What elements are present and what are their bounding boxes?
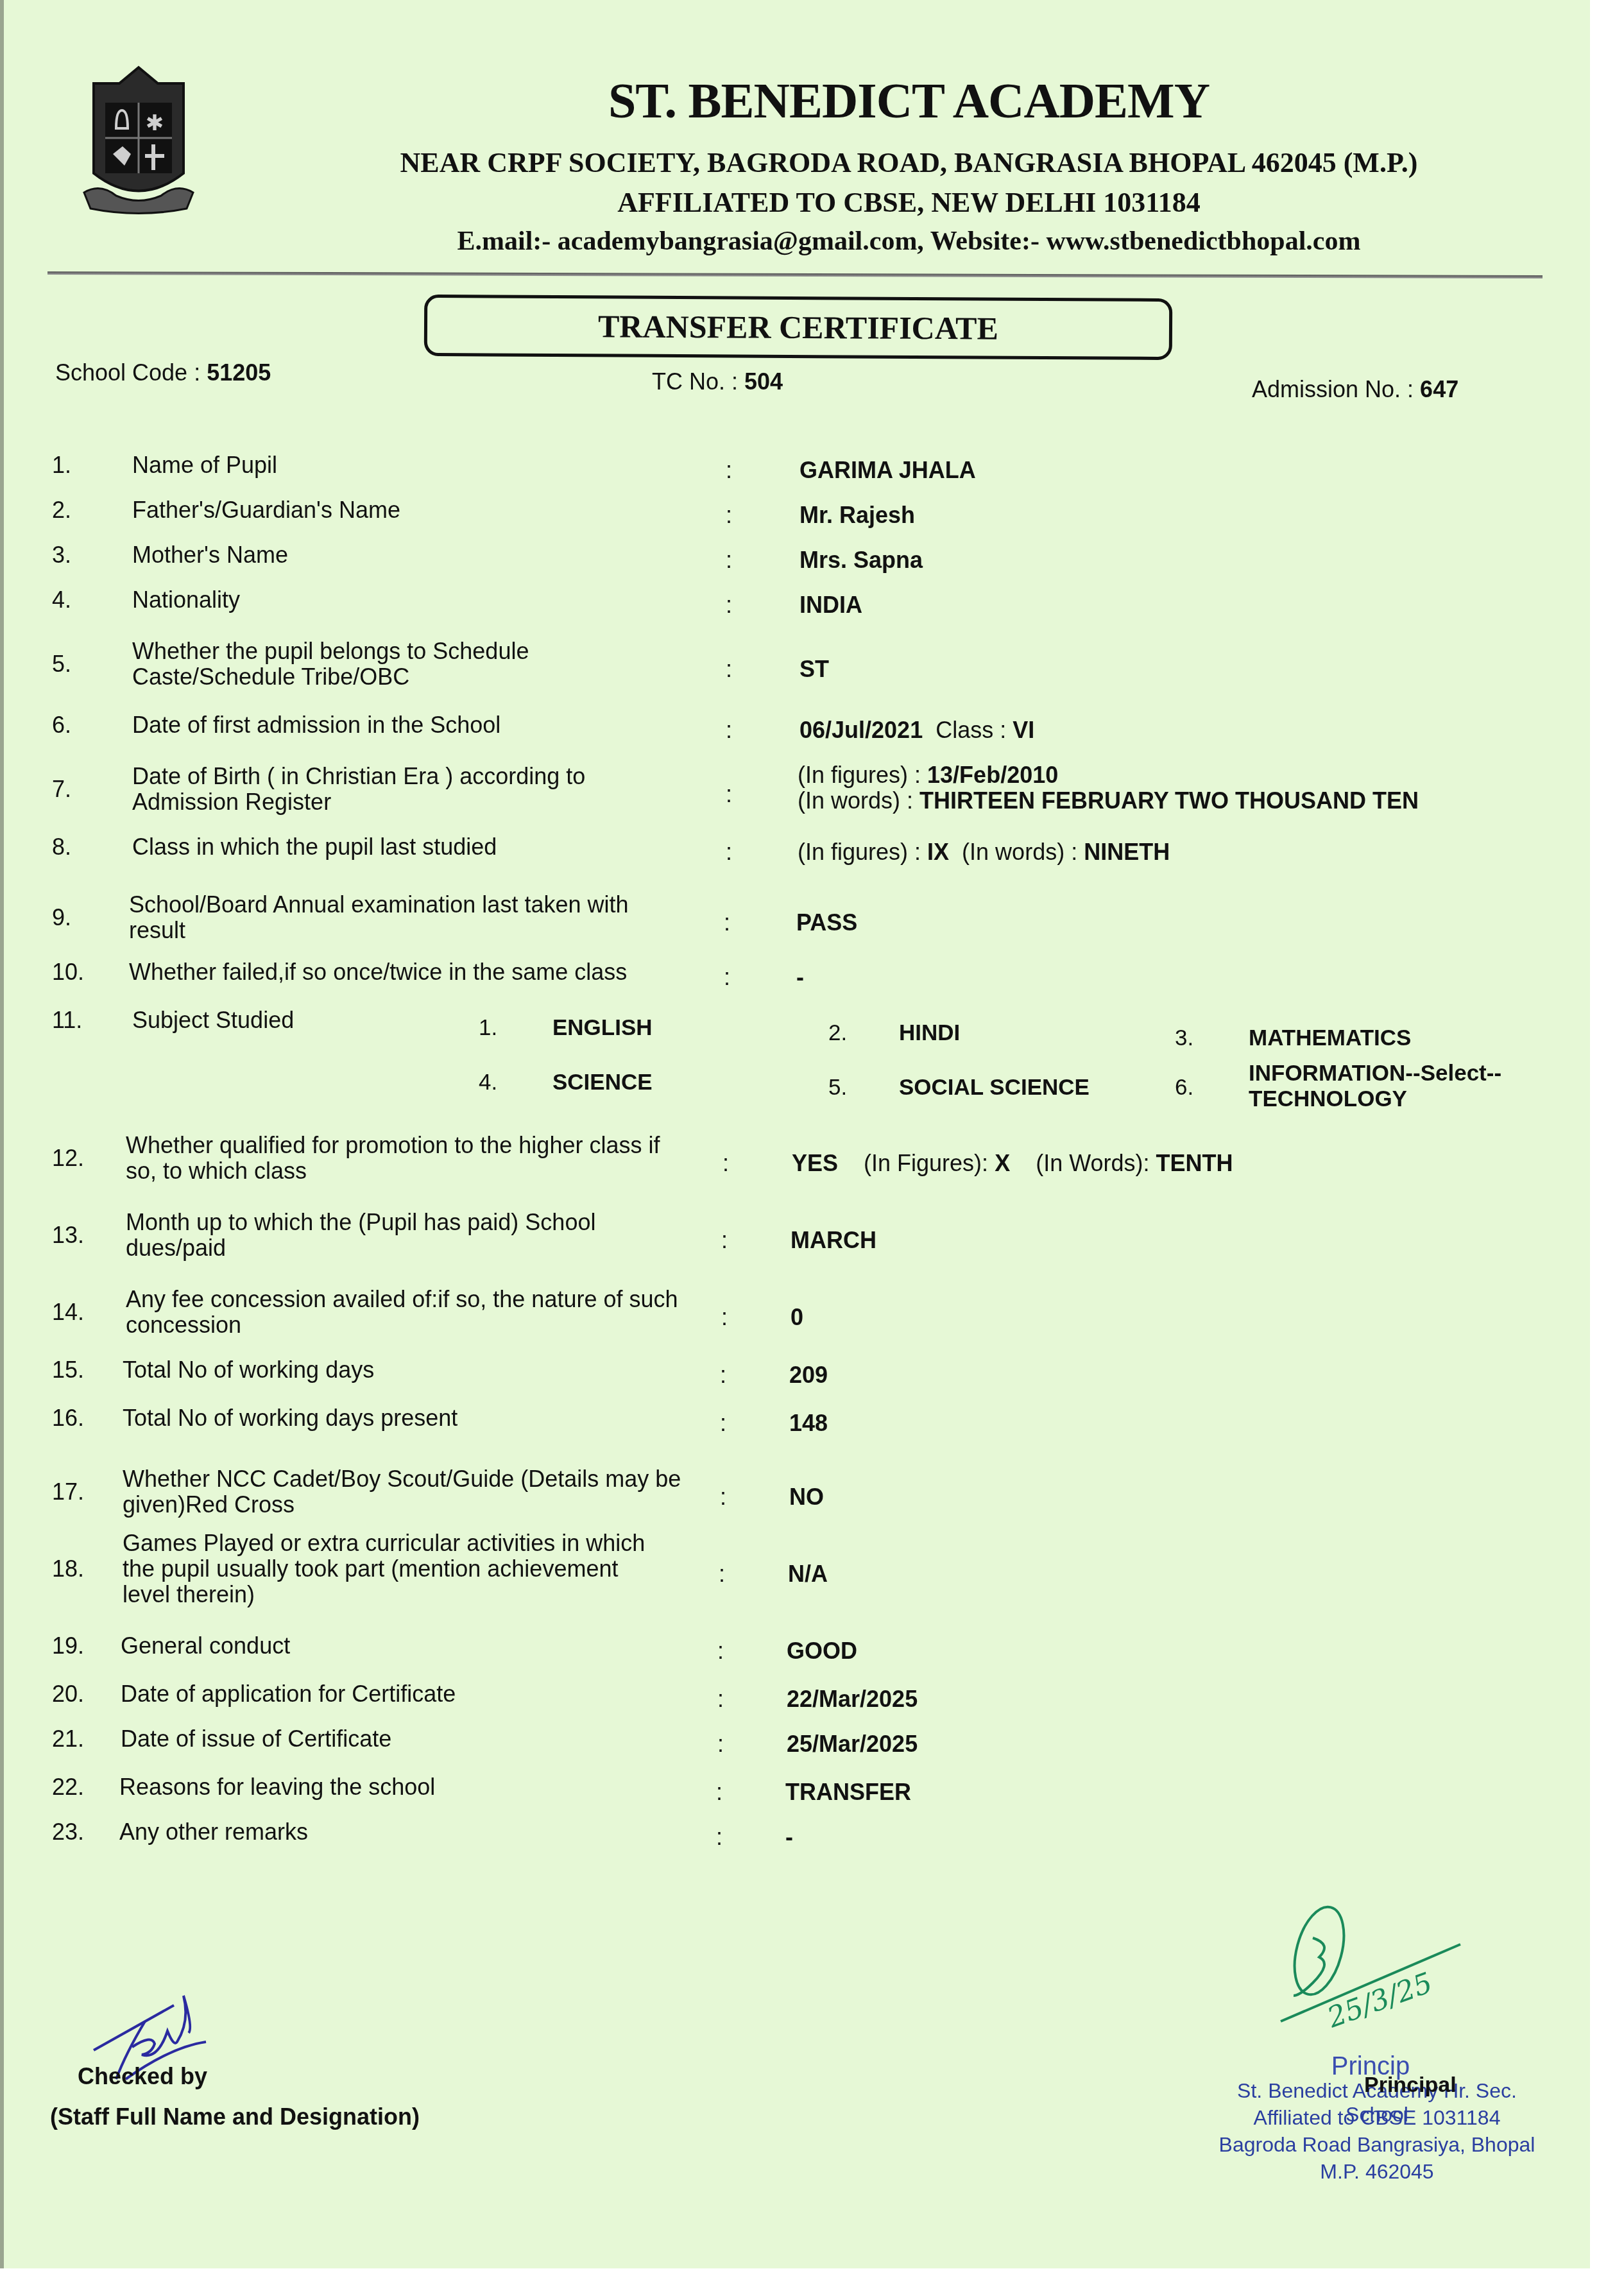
website-link[interactable]: www.stbenedictbhopal.com <box>1046 227 1360 256</box>
field-colon: : <box>726 502 732 528</box>
field-number: 9. <box>52 905 71 930</box>
field-colon: : <box>720 1362 726 1388</box>
svg-text:25/3/25: 25/3/25 <box>1322 1966 1437 2034</box>
field-label: Father's/Guardian's Name <box>132 497 400 523</box>
field-colon: : <box>726 782 732 807</box>
field-colon: : <box>722 1151 729 1176</box>
field-number: 15. <box>52 1357 84 1383</box>
field-number: 23. <box>52 1819 84 1845</box>
field-label: Whether qualified for promotion to the h… <box>126 1133 660 1184</box>
certificate-paper: ✱ ST. BENEDICT ACADEMY NEAR CRPF SOCIETY… <box>0 0 1590 2268</box>
field-label: Whether NCC Cadet/Boy Scout/Guide (Detai… <box>123 1466 681 1518</box>
field-label: Any other remarks <box>119 1819 308 1845</box>
field-value: PASS <box>796 910 857 936</box>
subject-name: ENGLISH <box>552 1015 653 1041</box>
email-link[interactable]: academybangrasia@gmail.com, <box>558 227 924 256</box>
field-number: 3. <box>52 542 71 568</box>
field-value: Mrs. Sapna <box>799 547 923 573</box>
field-value: 06/Jul/2021 Class : VI <box>799 717 1034 743</box>
field-colon: : <box>726 839 732 865</box>
field-value: N/A <box>788 1561 828 1587</box>
field-colon: : <box>726 592 732 618</box>
field-number: 19. <box>52 1633 84 1659</box>
field-colon: : <box>721 1228 728 1253</box>
field-label: Reasons for leaving the school <box>119 1774 435 1800</box>
field-label: Total No of working days present <box>123 1405 457 1431</box>
field-label: School/Board Annual examination last tak… <box>129 892 628 943</box>
field-label: Date of issue of Certificate <box>121 1726 391 1752</box>
field-label: General conduct <box>121 1633 290 1659</box>
header-divider <box>47 271 1543 278</box>
field-value: (In figures) : 13/Feb/2010(In words) : T… <box>798 762 1419 814</box>
field-colon: : <box>717 1686 724 1712</box>
staff-designation-note: (Staff Full Name and Designation) <box>50 2103 420 2130</box>
website-label: Website:- <box>930 227 1039 256</box>
field-label: Whether failed,if so once/twice in the s… <box>129 959 627 985</box>
subject-number: 5. <box>828 1075 847 1101</box>
school-address: NEAR CRPF SOCIETY, BAGRODA ROAD, BANGRAS… <box>4 146 1624 179</box>
school-affiliation: AFFILIATED TO CBSE, NEW DELHI 1031184 <box>4 186 1624 219</box>
field-number: 17. <box>52 1479 84 1505</box>
subject-name: SOCIAL SCIENCE <box>899 1075 1090 1101</box>
field-number: 8. <box>52 834 71 860</box>
field-label: Class in which the pupil last studied <box>132 834 497 860</box>
field-number: 5. <box>52 651 71 677</box>
field-colon: : <box>726 458 732 483</box>
field-colon: : <box>726 717 732 743</box>
field-value: 209 <box>789 1362 828 1388</box>
subject-name: SCIENCE <box>552 1070 653 1095</box>
field-label: Subject Studied <box>132 1007 294 1033</box>
subject-number: 1. <box>479 1015 497 1041</box>
field-value: - <box>785 1824 793 1850</box>
field-value: Mr. Rajesh <box>799 502 915 528</box>
subject-number: 6. <box>1175 1075 1193 1101</box>
field-number: 1. <box>52 452 71 478</box>
field-value: NO <box>789 1484 824 1510</box>
subject-number: 2. <box>828 1020 847 1046</box>
field-number: 22. <box>52 1774 84 1800</box>
field-label: Name of Pupil <box>132 452 277 478</box>
field-value: INDIA <box>799 592 862 618</box>
field-label: Month up to which the (Pupil has paid) S… <box>126 1210 595 1261</box>
field-label: Nationality <box>132 587 240 613</box>
field-colon: : <box>717 1638 724 1664</box>
field-value: 22/Mar/2025 <box>787 1686 918 1712</box>
stamp-line-3: Affiliated to CBSE 1031184 <box>1210 2106 1544 2130</box>
field-value: (In figures) : IX (In words) : NINETH <box>798 839 1170 865</box>
field-number: 6. <box>52 712 71 738</box>
field-number: 13. <box>52 1222 84 1248</box>
field-colon: : <box>716 1779 722 1805</box>
field-label: Mother's Name <box>132 542 288 568</box>
school-name: ST. BENEDICT ACADEMY <box>4 72 1624 130</box>
field-colon: : <box>724 910 730 936</box>
field-value: MARCH <box>791 1228 876 1253</box>
field-label: Date of application for Certificate <box>121 1681 456 1707</box>
school-code: School Code : 51205 <box>55 359 271 386</box>
principal-signature-icon: 25/3/25 <box>1268 1899 1480 2047</box>
field-number: 21. <box>52 1726 84 1752</box>
field-colon: : <box>726 547 732 573</box>
school-contact: E.mail:- academybangrasia@gmail.com, Web… <box>4 226 1624 257</box>
tc-number: TC No. : 504 <box>652 368 783 395</box>
field-colon: : <box>719 1561 725 1587</box>
checked-by-label: Checked by <box>78 2063 207 2090</box>
field-label: Date of Birth ( in Christian Era ) accor… <box>132 764 585 815</box>
field-value: GARIMA JHALA <box>799 458 976 483</box>
field-label: Games Played or extra curricular activit… <box>123 1530 645 1607</box>
field-number: 18. <box>52 1556 84 1582</box>
field-number: 10. <box>52 959 84 985</box>
field-colon: : <box>721 1305 728 1330</box>
field-value: GOOD <box>787 1638 857 1664</box>
field-value: 148 <box>789 1410 828 1436</box>
field-colon: : <box>717 1731 724 1757</box>
field-label: Date of first admission in the School <box>132 712 500 738</box>
subject-number: 3. <box>1175 1025 1193 1051</box>
stamp-line-4: Bagroda Road Bangrasiya, Bhopal <box>1197 2133 1557 2157</box>
subject-name: MATHEMATICS <box>1249 1025 1411 1051</box>
field-colon: : <box>720 1410 726 1436</box>
field-label: Whether the pupil belongs to ScheduleCas… <box>132 638 529 690</box>
field-value: 0 <box>791 1305 803 1330</box>
field-number: 16. <box>52 1405 84 1431</box>
title-box: TRANSFER CERTIFICATE <box>424 295 1172 360</box>
email-label: E.mail:- <box>457 227 551 256</box>
field-number: 12. <box>52 1145 84 1171</box>
field-colon: : <box>724 964 730 990</box>
stamp-line-5: M.P. 462045 <box>1210 2160 1544 2184</box>
field-value: - <box>796 964 804 990</box>
subject-name: INFORMATION--Select--TECHNOLOGY <box>1249 1061 1501 1112</box>
field-value: TRANSFER <box>785 1779 911 1805</box>
field-colon: : <box>720 1484 726 1510</box>
field-colon: : <box>716 1824 722 1850</box>
field-number: 11. <box>52 1007 82 1033</box>
field-value: 25/Mar/2025 <box>787 1731 918 1757</box>
subject-number: 4. <box>479 1070 497 1095</box>
field-number: 20. <box>52 1681 84 1707</box>
field-number: 2. <box>52 497 71 523</box>
document-title: TRANSFER CERTIFICATE <box>598 307 998 347</box>
admission-number: Admission No. : 647 <box>1252 376 1458 403</box>
field-colon: : <box>726 656 732 682</box>
field-label: Total No of working days <box>123 1357 374 1383</box>
field-label: Any fee concession availed of:if so, the… <box>126 1287 678 1338</box>
field-number: 14. <box>52 1299 84 1325</box>
subject-name: HINDI <box>899 1020 960 1046</box>
field-value: YES (In Figures): X (In Words): TENTH <box>792 1151 1233 1176</box>
field-number: 4. <box>52 587 71 613</box>
field-value: ST <box>799 656 829 682</box>
principal-label: Principal <box>1364 2073 1457 2098</box>
field-number: 7. <box>52 776 71 802</box>
